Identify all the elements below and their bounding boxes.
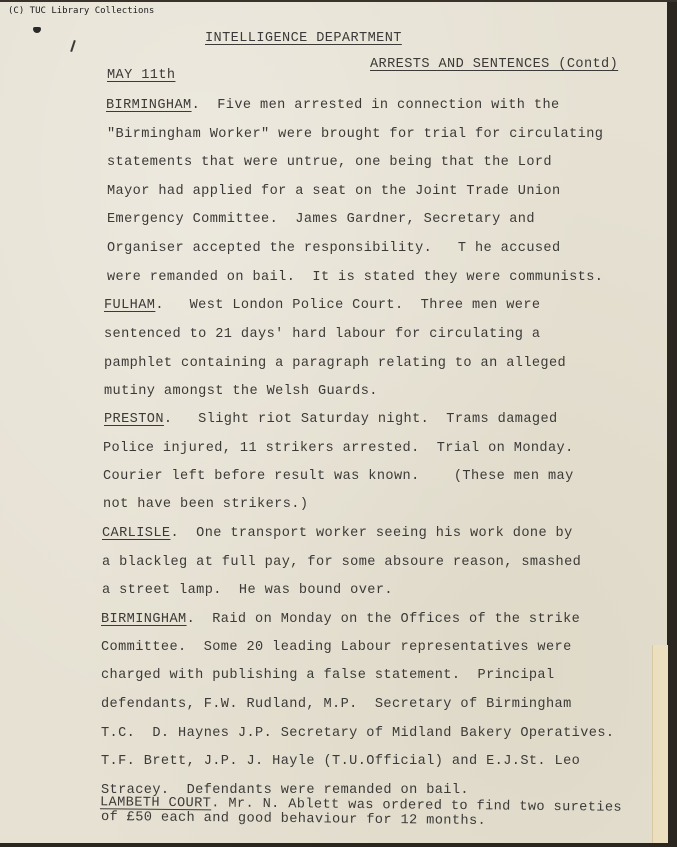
line-text: defendants, F.W. Rudland, M.P. Secretary… <box>101 697 572 712</box>
text-line: charged with publishing a false statemen… <box>101 668 555 683</box>
copyright-watermark: (C) TUC Library Collections <box>8 6 154 16</box>
line-text: T.C. D. Haynes J.P. Secretary of Midland… <box>101 726 614 741</box>
line-text: mutiny amongst the Welsh Guards. <box>104 384 378 399</box>
line-text: . Slight riot Saturday night. Trams dama… <box>164 412 558 427</box>
text-line: T.F. Brett, J.P. J. Hayle (T.U.Official)… <box>101 754 580 769</box>
line-text: were remanded on bail. It is stated they… <box>107 270 603 285</box>
entry-heading-line: PRESTON. Slight riot Saturday night. Tra… <box>104 412 558 427</box>
text-line: Police injured, 11 strikers arrested. Tr… <box>103 441 574 456</box>
paper-edge-strip <box>652 645 668 843</box>
entry-heading-line: FULHAM. West London Police Court. Three … <box>104 298 540 313</box>
place-heading: CARLISLE <box>102 526 170 541</box>
text-line: Committee. Some 20 leading Labour repres… <box>101 640 572 655</box>
line-text: . Five men arrested in connection with t… <box>192 98 560 113</box>
text-line: defendants, F.W. Rudland, M.P. Secretary… <box>101 697 572 712</box>
text-line: mutiny amongst the Welsh Guards. <box>104 384 378 399</box>
line-text: a street lamp. He was bound over. <box>102 583 393 598</box>
text-line: Emergency Committee. James Gardner, Secr… <box>107 212 535 227</box>
line-text: . Raid on Monday on the Offices of the s… <box>187 612 581 627</box>
place-heading: LAMBETH COURT <box>100 795 211 811</box>
line-text: T.F. Brett, J.P. J. Hayle (T.U.Official)… <box>101 754 580 769</box>
text-line: pamphlet containing a paragraph relating… <box>104 356 566 371</box>
entry-heading-line: BIRMINGHAM. Raid on Monday on the Office… <box>101 612 580 627</box>
line-text: "Birmingham Worker" were brought for tri… <box>107 127 603 142</box>
text-line: Organiser accepted the responsibility. T… <box>107 241 561 256</box>
place-heading: FULHAM <box>104 298 155 313</box>
text-line: sentenced to 21 days' hard labour for ci… <box>104 327 540 342</box>
line-text: Mayor had applied for a seat on the Join… <box>107 184 561 199</box>
text-line: statements that were untrue, one being t… <box>107 155 552 170</box>
line-text: Police injured, 11 strikers arrested. Tr… <box>103 441 574 456</box>
scan-top-edge <box>0 0 677 2</box>
line-text: a blackleg at full pay, for some absoure… <box>102 555 581 570</box>
place-heading: PRESTON <box>104 412 164 427</box>
line-text: charged with publishing a false statemen… <box>101 668 555 683</box>
text-line: Mayor had applied for a seat on the Join… <box>107 184 561 199</box>
line-text: Emergency Committee. James Gardner, Secr… <box>107 212 535 227</box>
text-line: "Birmingham Worker" were brought for tri… <box>107 127 603 142</box>
text-line: were remanded on bail. It is stated they… <box>107 270 603 285</box>
line-text: not have been strikers.) <box>103 497 308 512</box>
place-heading: BIRMINGHAM <box>106 98 192 113</box>
entry-heading-line: CARLISLE. One transport worker seeing hi… <box>102 526 573 541</box>
entry-heading-line: BIRMINGHAM. Five men arrested in connect… <box>106 98 560 113</box>
line-text: Organiser accepted the responsibility. T… <box>107 241 561 256</box>
line-text: sentenced to 21 days' hard labour for ci… <box>104 327 540 342</box>
place-heading: BIRMINGHAM <box>101 612 187 627</box>
line-text: . One transport worker seeing his work d… <box>170 526 572 541</box>
text-line: a blackleg at full pay, for some absoure… <box>102 555 581 570</box>
line-text: Committee. Some 20 leading Labour repres… <box>101 640 572 655</box>
section-title: ARRESTS AND SENTENCES (Contd) <box>370 57 618 72</box>
line-text: pamphlet containing a paragraph relating… <box>104 356 566 371</box>
line-text: . West London Police Court. Three men we… <box>155 298 540 313</box>
text-line: Courier left before result was known. (T… <box>103 469 574 484</box>
department-title: INTELLIGENCE DEPARTMENT <box>205 31 402 46</box>
line-text: statements that were untrue, one being t… <box>107 155 552 170</box>
date-heading: MAY 11th <box>107 68 175 83</box>
text-line: a street lamp. He was bound over. <box>102 583 393 598</box>
text-line: not have been strikers.) <box>103 497 308 512</box>
text-line: T.C. D. Haynes J.P. Secretary of Midland… <box>101 726 614 741</box>
line-text: Courier left before result was known. (T… <box>103 469 574 484</box>
